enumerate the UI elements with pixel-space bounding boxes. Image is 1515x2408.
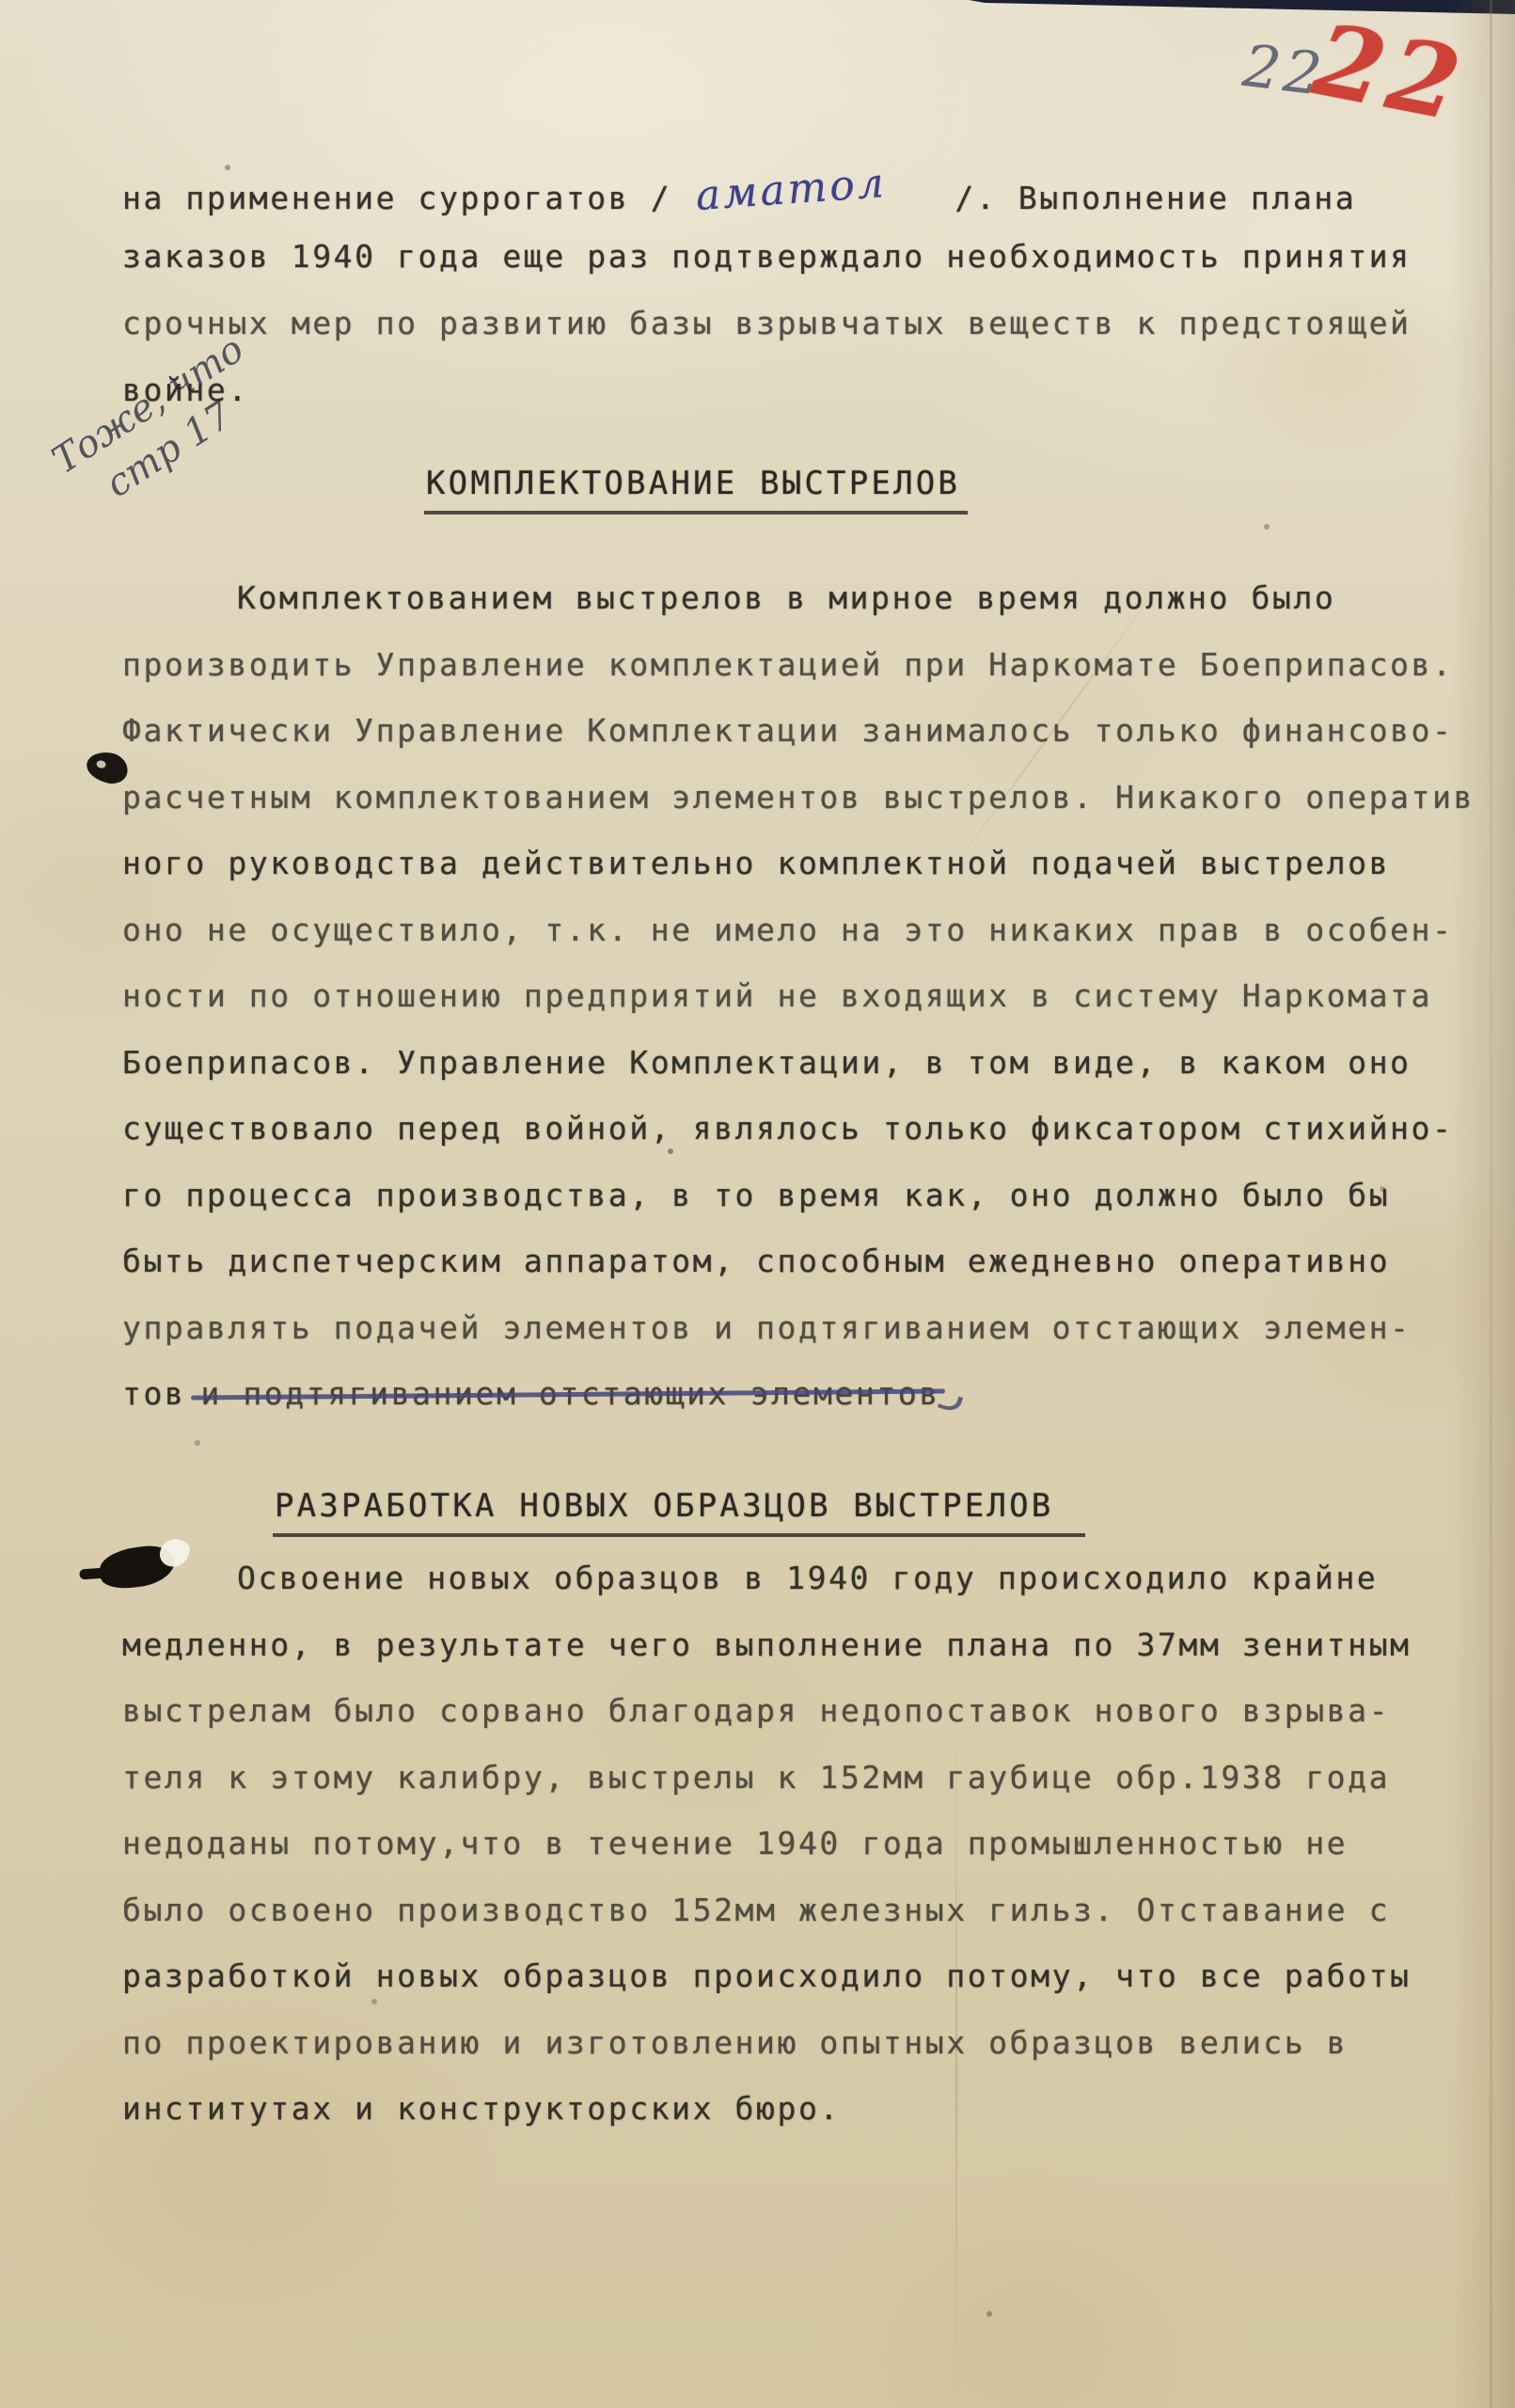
typed-line: было освоено производство 152мм железных… [122,1892,1412,1958]
struck-text: и подтягиванием отстающих элементов [200,1375,939,1412]
typed-line: Фактически Управление Комплектации заним… [122,712,1475,779]
typed-line: существовало перед войной, являлось толь… [122,1110,1475,1177]
typed-line: медленно, в результате чего выполнение п… [122,1626,1412,1693]
typed-text: тов [122,1375,185,1412]
typed-line: Освоение новых образцов в 1940 году прои… [122,1560,1412,1626]
typed-line: на применение суррогатов /аматол/. Выпол… [122,171,1412,238]
heading-text: РАЗРАБОТКА НОВЫХ ОБРАЗЦОВ ВЫСТРЕЛОВ [273,1487,1085,1537]
typed-line: войне. [122,372,1412,438]
typed-line: выстрелам было сорвано благодаря недопос… [122,1692,1412,1759]
typed-line: ности по отношению предприятий не входящ… [122,977,1475,1044]
typed-line: управлять подачей элементов и подтягиван… [122,1309,1475,1376]
typed-text: на применение суррогатов / [122,180,671,216]
typed-line: недоданы потому,что в течение 1940 года … [122,1825,1412,1892]
intro-paragraph: на применение суррогатов /аматол/. Выпол… [122,171,1412,438]
section-heading-komplektovanie: КОМПЛЕКТОВАНИЕ ВЫСТРЕЛОВ [424,465,968,515]
handwritten-word-amatol: аматол [694,159,888,220]
typed-text: /. Выполнение плана [955,180,1356,216]
typed-line: теля к этому калибру, выстрелы к 152мм г… [122,1759,1412,1826]
section-heading-razrabotka: РАЗРАБОТКА НОВЫХ ОБРАЗЦОВ ВЫСТРЕЛОВ [273,1487,1085,1537]
scan-background-edge [969,0,1515,14]
typed-line-with-strikethrough: тови подтягиванием отстающих элементов [122,1375,1475,1442]
typed-line: по проектированию и изготовлению опытных… [122,2024,1412,2091]
paper-specks [0,0,4,4]
typed-line: заказов 1940 года еще раз подтверждало н… [122,238,1412,305]
typed-line: ного руководства действительно комплектн… [122,845,1475,911]
typed-line: Комплектованием выстрелов в мирное время… [122,579,1475,646]
section1-paragraph: Комплектованием выстрелов в мирное время… [122,579,1475,1442]
typed-line: расчетным комплектованием элементов выст… [122,779,1475,846]
heading-text: КОМПЛЕКТОВАНИЕ ВЫСТРЕЛОВ [424,465,968,515]
typed-line: срочных мер по развитию базы взрывчатых … [122,305,1412,372]
typed-line: разработкой новых образцов происходило п… [122,1957,1412,2024]
fold-line [1490,0,1492,2408]
typed-line: Боеприпасов. Управление Комплектации, в … [122,1044,1475,1111]
typed-line: институтах и конструкторских бюро. [122,2090,1412,2157]
typed-line: оно не осуществило, т.к. не имело на это… [122,911,1475,978]
typed-line: быть диспетчерским аппаратом, способным … [122,1243,1475,1309]
scanned-document-page: 22 22 Тоже, что стр 17 на применение сур… [0,0,1515,2408]
section2-paragraph: Освоение новых образцов в 1940 году прои… [122,1560,1412,2157]
typed-line: го процесса производства, в то время как… [122,1177,1475,1244]
typed-line: производить Управление комплектацией при… [122,646,1475,713]
